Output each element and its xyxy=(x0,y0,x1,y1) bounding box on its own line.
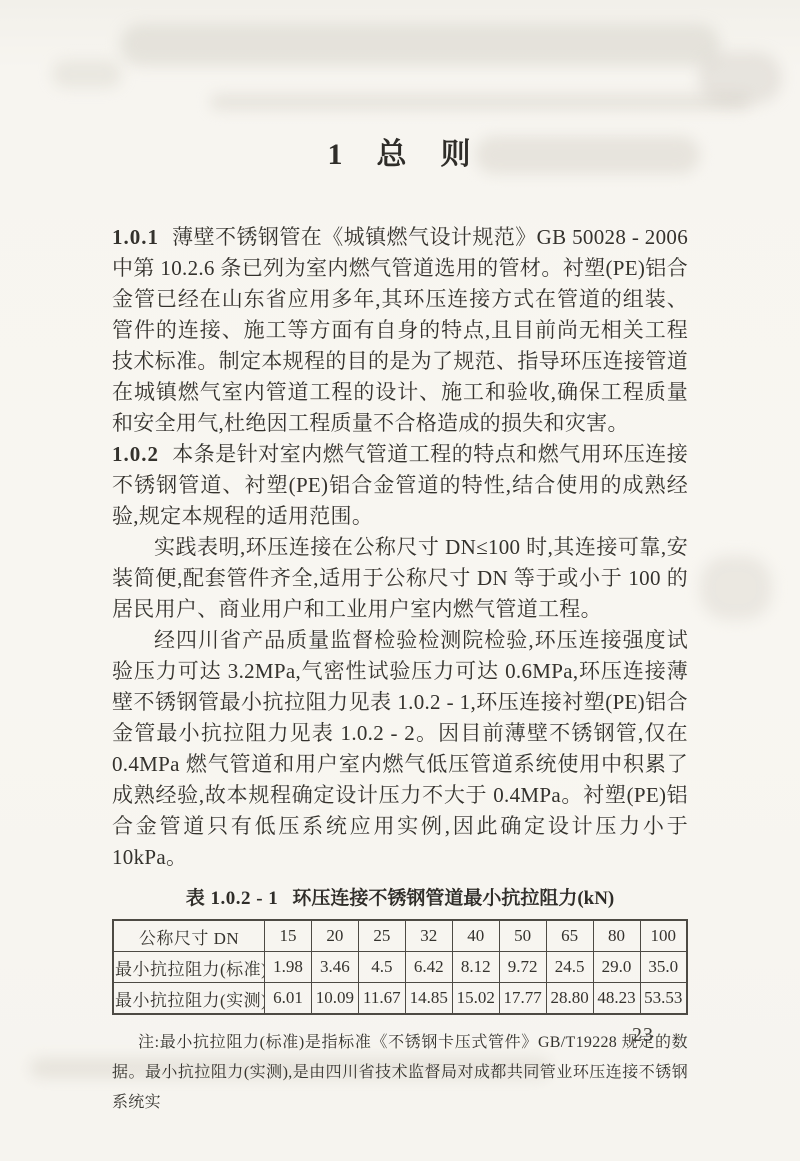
value-cell: 4.5 xyxy=(358,952,405,983)
value-cell: 1.98 xyxy=(265,952,312,983)
paragraph-1-0-1-text: 薄壁不锈钢管在《城镇燃气设计规范》GB 50028 - 2006 中第 10.2… xyxy=(112,225,688,435)
table-caption-number: 表 1.0.2 - 1 xyxy=(186,888,279,909)
section-number-1-0-2: 1.0.2 xyxy=(112,442,159,466)
value-cell: 53.53 xyxy=(640,983,687,1015)
value-cell: 6.01 xyxy=(265,983,312,1015)
value-cell: 15.02 xyxy=(452,983,499,1015)
header-cell: 15 xyxy=(265,920,312,952)
chapter-title: 1 总 则 xyxy=(112,134,688,176)
paragraph-practice-experience: 实践表明,环压连接在公称尺寸 DN≤100 时,其连接可靠,安装简便,配套管件齐… xyxy=(112,532,688,625)
header-cell: 20 xyxy=(311,920,358,952)
header-cell: 25 xyxy=(358,920,405,952)
value-cell: 24.5 xyxy=(546,952,593,983)
value-cell: 3.46 xyxy=(311,952,358,983)
tensile-resistance-table: 公称尺寸 DN 15 20 25 32 40 50 65 80 100 最小抗拉… xyxy=(112,919,688,1015)
table-caption: 表 1.0.2 - 1环压连接不锈钢管道最小抗拉阻力(kN) xyxy=(112,883,688,910)
scan-artifact xyxy=(698,52,782,104)
value-cell: 10.09 xyxy=(311,983,358,1015)
header-cell: 80 xyxy=(593,920,640,952)
value-cell: 9.72 xyxy=(499,952,546,983)
header-cell: 50 xyxy=(499,920,546,952)
paragraph-sichuan-test: 经四川省产品质量监督检验检测院检验,环压连接强度试验压力可达 3.2MPa,气密… xyxy=(112,625,688,873)
section-number-1-0-1: 1.0.1 xyxy=(112,225,159,249)
header-cell-dn: 公称尺寸 DN xyxy=(113,920,265,952)
document-page: 1 总 则 1.0.1薄壁不锈钢管在《城镇燃气设计规范》GB 50028 - 2… xyxy=(0,0,800,1161)
table-header-row: 公称尺寸 DN 15 20 25 32 40 50 65 80 100 xyxy=(113,920,687,952)
paragraph-1-0-2-text: 本条是针对室内燃气管道工程的特点和燃气用环压连接不锈钢管道、衬塑(PE)铝合金管… xyxy=(112,442,688,528)
row-label-measured: 最小抗拉阻力(实测) xyxy=(113,983,265,1015)
header-cell: 40 xyxy=(452,920,499,952)
table-row-standard: 最小抗拉阻力(标准) 1.98 3.46 4.5 6.42 8.12 9.72 … xyxy=(113,952,687,983)
value-cell: 29.0 xyxy=(593,952,640,983)
row-label-standard: 最小抗拉阻力(标准) xyxy=(113,952,265,983)
table-note: 注:最小抗拉阻力(标准)是指标准《不锈钢卡压式管件》GB/T19228 规定的数… xyxy=(112,1028,688,1118)
table-caption-title: 环压连接不锈钢管道最小抗拉阻力(kN) xyxy=(292,888,614,909)
paragraph-1-0-1: 1.0.1薄壁不锈钢管在《城镇燃气设计规范》GB 50028 - 2006 中第… xyxy=(112,222,688,439)
value-cell: 17.77 xyxy=(499,983,546,1015)
table-row-measured: 最小抗拉阻力(实测) 6.01 10.09 11.67 14.85 15.02 … xyxy=(113,983,687,1015)
value-cell: 14.85 xyxy=(405,983,452,1015)
value-cell: 8.12 xyxy=(452,952,499,983)
header-cell: 100 xyxy=(640,920,687,952)
value-cell: 35.0 xyxy=(640,952,687,983)
value-cell: 6.42 xyxy=(405,952,452,983)
header-cell: 32 xyxy=(405,920,452,952)
header-cell: 65 xyxy=(546,920,593,952)
value-cell: 11.67 xyxy=(358,983,405,1015)
page-content: 1 总 则 1.0.1薄壁不锈钢管在《城镇燃气设计规范》GB 50028 - 2… xyxy=(112,0,688,1118)
scan-artifact xyxy=(700,556,772,620)
value-cell: 48.23 xyxy=(593,983,640,1015)
page-number: 23 xyxy=(632,1024,654,1047)
value-cell: 28.80 xyxy=(546,983,593,1015)
paragraph-1-0-2: 1.0.2本条是针对室内燃气管道工程的特点和燃气用环压连接不锈钢管道、衬塑(PE… xyxy=(112,439,688,532)
